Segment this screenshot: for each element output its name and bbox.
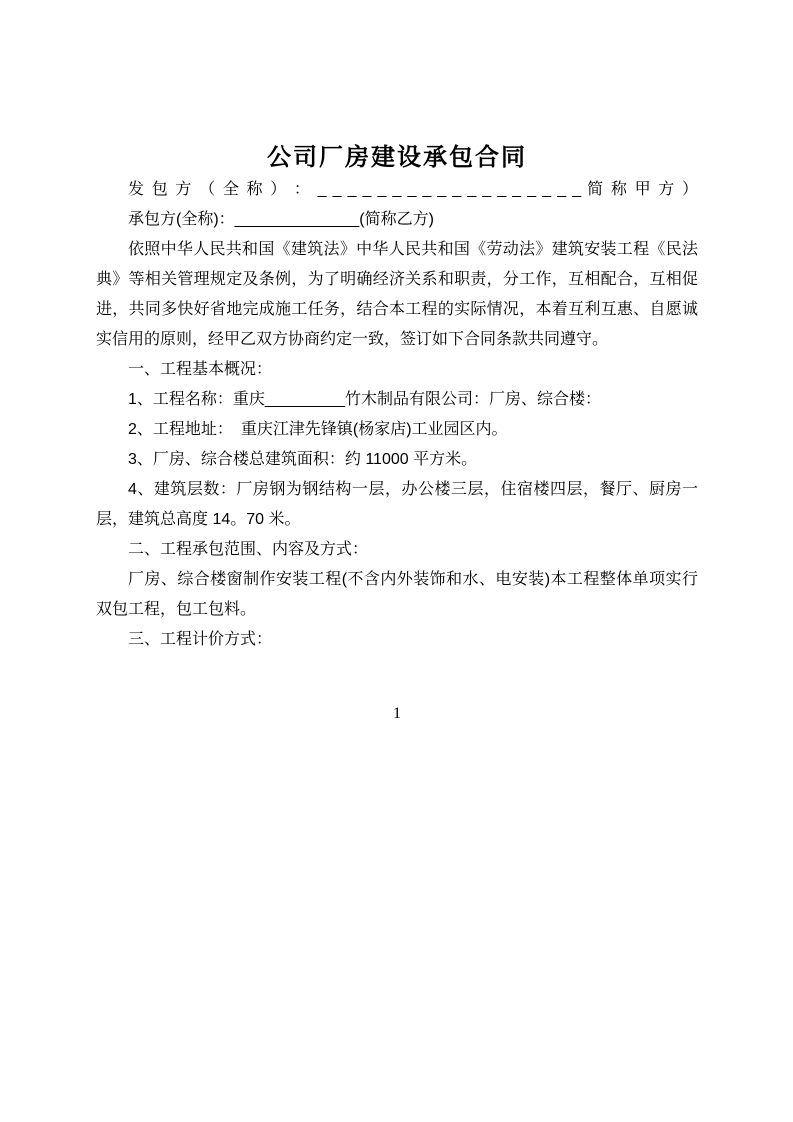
item-project-name: 1、工程名称：重庆_________竹木制品有限公司：厂房、综合楼： — [96, 385, 698, 415]
party-b-line: 承包方(全称)：______________(简称乙方) — [96, 205, 698, 235]
item-building-floors: 4、建筑层数：厂房钢为钢结构一层，办公楼三层，住宿楼四层，餐厅、厨房一层，建筑总… — [96, 475, 698, 535]
party-a-line: 发 包 方 （ 全 称 ） ： _ _ _ _ _ _ _ _ _ _ _ _ … — [96, 175, 698, 205]
section-2-heading: 二、工程承包范围、内容及方式： — [96, 535, 698, 565]
preamble-paragraph: 依照中华人民共和国《建筑法》中华人民共和国《劳动法》建筑安装工程《民法典》等相关… — [96, 235, 698, 355]
scope-paragraph: 厂房、综合楼窗制作安装工程(不含内外装饰和水、电安装)本工程整体单项实行双包工程… — [96, 565, 698, 625]
document-title: 公司厂房建设承包合同 — [96, 141, 698, 175]
page-number: 1 — [96, 699, 698, 729]
contract-document-page: 公司厂房建设承包合同 发 包 方 （ 全 称 ） ： _ _ _ _ _ _ _… — [0, 0, 793, 1122]
section-1-heading: 一、工程基本概况： — [96, 355, 698, 385]
section-3-heading: 三、工程计价方式： — [96, 625, 698, 655]
item-project-address: 2、工程地址： 重庆江津先锋镇(杨家店)工业园区内。 — [96, 415, 698, 445]
item-building-area: 3、厂房、综合楼总建筑面积：约 11000 平方米。 — [96, 445, 698, 475]
